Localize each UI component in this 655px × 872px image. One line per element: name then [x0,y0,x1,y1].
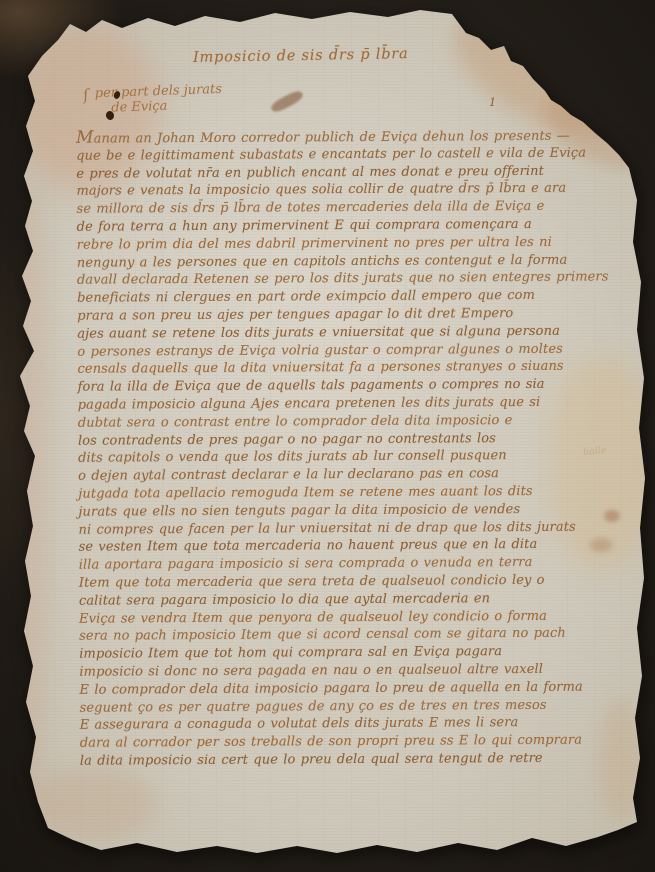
manuscript-line: sera no pach imposicio Item que si acord… [79,625,639,646]
corner-mark: 1 [489,96,496,109]
heading-line: de Eviça [111,97,223,116]
manuscript-body: Manam an Johan Moro corredor publich de … [76,126,640,770]
manuscript-line: la dita imposicio sia cert que lo preu d… [80,749,640,770]
stain [28,768,158,840]
manuscript-line: censals daquells que la dita vniuersitat… [77,358,637,379]
ink-smudge [269,89,304,115]
manuscript-page: Imposicio de sis d̄rs p̄ lb̄ra ſ per par… [0,0,655,872]
stain [10,190,48,800]
paper-shadow: Imposicio de sis d̄rs p̄ lb̄ra ſ per par… [0,0,655,872]
photo-backdrop: Imposicio de sis d̄rs p̄ lb̄ra ſ per par… [0,0,655,872]
manuscript-title: Imposicio de sis d̄rs p̄ lb̄ra [193,46,409,66]
manuscript-heading: per part dels jurats de Eviça [95,82,223,116]
manuscript-line: davall declarada Retenen se pero los dit… [77,269,637,290]
paragraph-mark: ſ [82,86,90,105]
manuscript-line: que be e legittimament subastats e encan… [76,144,636,165]
manuscript-line: E lo comprador dela dita imposicio pagar… [79,678,639,699]
manuscript-line: dara al corrador per sos treballs de son… [80,731,640,752]
manuscript-line: majors e venats la imposicio ques solia … [76,180,636,201]
